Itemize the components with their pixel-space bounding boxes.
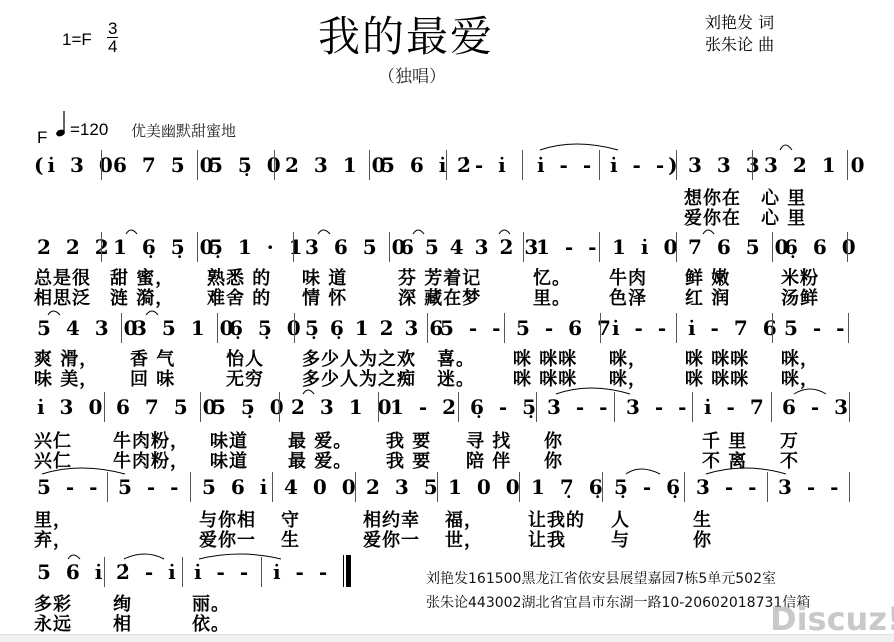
lyric: 难舍 的 xyxy=(207,288,271,309)
lyric: 咪， xyxy=(781,369,819,390)
lyric: 熟悉 的 xyxy=(207,268,271,289)
lyric: 寻 找 xyxy=(466,431,511,452)
barline xyxy=(847,232,848,262)
barline xyxy=(197,150,198,180)
lyric: 与你相 xyxy=(199,510,256,531)
lyric: 多少人为之欢 xyxy=(302,349,416,370)
score-row-4: i̇ 3 0 6 7 5 0 5 5̣ 0 2 3 1 0 1 - 2 6̣ -… xyxy=(0,392,894,422)
measure: 6̣ - 5̣ xyxy=(470,392,540,422)
measure: 3 5 1 0 xyxy=(133,313,238,343)
lyric: 里。 xyxy=(533,288,571,309)
measure: i̇ - - xyxy=(194,557,252,587)
barline xyxy=(104,392,105,422)
measure: 3 6 5 0 xyxy=(305,232,410,262)
lyric: 咪 咪咪 xyxy=(513,349,577,370)
lyric: 无穷 xyxy=(226,369,264,390)
lyric: 汤鲜 xyxy=(781,288,819,309)
measure: 1 - - xyxy=(536,232,600,262)
time-signature-numerator: 3 xyxy=(107,20,118,38)
lyric: 里， xyxy=(34,510,72,531)
barline xyxy=(378,392,379,422)
lyric: 味道 xyxy=(210,431,248,452)
lyric: 咪， xyxy=(609,369,647,390)
barline xyxy=(536,392,537,422)
barline xyxy=(504,313,505,343)
lyric: 与 xyxy=(611,530,630,551)
lyric: 让我 xyxy=(528,530,566,551)
measure: 3 - - xyxy=(696,472,760,502)
measure: 1 i̇ 0 xyxy=(612,232,681,262)
barline xyxy=(101,150,102,180)
final-barline-thin xyxy=(343,555,344,587)
measure: (i̇ 3 0 xyxy=(34,150,117,180)
barline xyxy=(600,313,601,343)
lyric: 咪 咪咪 xyxy=(513,369,577,390)
measure: 5 6 i̇ xyxy=(37,557,106,587)
barline xyxy=(752,150,753,180)
measure: 2 3 5 xyxy=(366,472,442,502)
lyric: 你 xyxy=(693,530,712,551)
measure: 2 3 1 0 xyxy=(291,392,396,422)
lyric: 相约幸 xyxy=(363,510,420,531)
barline xyxy=(101,232,102,262)
bottom-strip xyxy=(0,634,894,642)
lyric: 喜。 xyxy=(437,349,475,370)
measure: 6 7 5 0 xyxy=(113,150,218,180)
lyric: 依。 xyxy=(192,614,230,635)
measure: i̇ - - xyxy=(537,150,595,180)
barline xyxy=(676,232,677,262)
measure: 3 - - xyxy=(778,472,842,502)
lyric: 深 藏在梦 xyxy=(398,288,481,309)
barline xyxy=(772,313,773,343)
lyric: 守 xyxy=(281,510,300,531)
lyric: 牛肉粉， xyxy=(113,431,189,452)
lyric: 牛肉粉， xyxy=(113,451,189,472)
lyric: 人 xyxy=(611,510,630,531)
lyric: 多彩 xyxy=(34,594,72,615)
measure: 6 5 4 3 2 3 xyxy=(400,232,540,262)
lyric: 最 爱。 xyxy=(288,451,352,472)
lyric: 心 里 xyxy=(761,208,806,229)
credits: 刘艳发 词 张朱论 曲 xyxy=(705,12,774,56)
barline xyxy=(437,472,438,502)
barline xyxy=(523,232,524,262)
measure: i̇ - 7 xyxy=(704,392,768,422)
score-row-1: (i̇ 3 0 6 7 5 0 5 5̣ 0 2 3 1 0 5 6 i̇ 2̇… xyxy=(0,150,894,180)
barline xyxy=(446,150,447,180)
barline xyxy=(274,150,275,180)
lyric: 忆。 xyxy=(533,268,571,289)
lyricist-address: 刘艳发161500黑龙江省依安县展望嘉园7栋5单元502室 xyxy=(426,568,776,588)
lyric: 相思泛 xyxy=(34,288,91,309)
lyric: 回 味 xyxy=(130,369,175,390)
barline xyxy=(847,150,848,180)
measure: 2̇- i̇ xyxy=(457,150,510,180)
measure: 2̇ - i̇ xyxy=(116,557,180,587)
score-row-3: 5 4 3 0 3 5 1 0 6̣ 5̣ 0 5̣ 6̣ 1 2 3 6 5 … xyxy=(0,313,894,343)
barline xyxy=(684,472,685,502)
lyric: 爱你在 xyxy=(684,208,741,229)
barline xyxy=(849,392,850,422)
measure: 6 - 3 xyxy=(782,392,852,422)
discuz-watermark: Discuz! xyxy=(770,600,894,638)
barline xyxy=(107,472,108,502)
measure: 5 6 i̇ xyxy=(202,472,271,502)
barline xyxy=(848,313,849,343)
measure: 1 0 0 xyxy=(448,472,524,502)
lyric: 想你在 xyxy=(684,188,741,209)
lyric: 绚 xyxy=(113,594,132,615)
barline xyxy=(294,313,295,343)
song-title: 我的最爱 xyxy=(318,4,494,64)
measure: 6 7 5 0 xyxy=(116,392,221,422)
measure: 5 - - xyxy=(37,472,101,502)
lyric: 不 xyxy=(780,451,799,472)
lyric: 你 xyxy=(544,451,563,472)
barline xyxy=(217,313,218,343)
time-signature: 3 4 xyxy=(107,20,118,55)
measure: 5̣ 1 · 1 xyxy=(209,232,307,262)
measure: 5 - - xyxy=(784,313,848,343)
barline xyxy=(121,313,122,343)
lyric: 让我的 xyxy=(528,510,585,531)
lyric: 迷。 xyxy=(437,369,475,390)
measure: 5 4 3 0 xyxy=(37,313,142,343)
score-row-2: 2 2 2 1 6̣ 5̣ 0 5̣ 1 · 1 3 6 5 0 6 5 4 3… xyxy=(0,232,894,262)
composer-credit: 张朱论 曲 xyxy=(705,34,774,56)
lyric: 香 气 xyxy=(130,349,175,370)
barline xyxy=(104,557,105,587)
tempo-marking: =120 xyxy=(70,120,108,140)
lyric: 陪 伴 xyxy=(466,451,511,472)
lyric: 生 xyxy=(281,530,300,551)
lyric: 鲜 嫩 xyxy=(685,268,730,289)
lyric: 福， xyxy=(445,510,483,531)
barline xyxy=(190,472,191,502)
key-signature: 1=F xyxy=(62,30,92,50)
measure: 5 5̣ 0 xyxy=(212,392,288,422)
lyric: 千 里 xyxy=(702,431,747,452)
measure: i̇ - -) xyxy=(610,150,682,180)
lyric: 芬 芳着记 xyxy=(398,268,481,289)
measure: i̇ - - xyxy=(612,313,670,343)
lyric: 咪， xyxy=(609,349,647,370)
measure: i̇ - 7 6 xyxy=(688,313,781,343)
lyric: 米粉 xyxy=(781,268,819,289)
barline xyxy=(676,150,677,180)
measure: 5̣ 6̣ 1 2 3 6 xyxy=(305,313,445,343)
barline xyxy=(182,557,183,587)
barline xyxy=(355,472,356,502)
lyric: 甜 蜜， xyxy=(110,268,174,289)
lyric: 总是很 xyxy=(34,268,91,289)
barline xyxy=(602,472,603,502)
barline xyxy=(389,232,390,262)
lyric: 最 爱。 xyxy=(288,431,352,452)
measure: 1 7̣ 6̣ xyxy=(531,472,607,502)
barline xyxy=(261,557,262,587)
composer-address: 张朱论443002湖北省宜昌市东湖一路10-20602018731信箱 xyxy=(426,592,810,612)
lyric: 丽。 xyxy=(192,594,230,615)
lyric: 爱你一 xyxy=(199,530,256,551)
measure: 1 6̣ 5̣ 0 xyxy=(113,232,218,262)
lyric: 弃， xyxy=(34,530,72,551)
lyric: 相 xyxy=(113,614,132,635)
lyric: 不 离 xyxy=(702,451,747,472)
lyric: 多少人为之痴 xyxy=(302,369,416,390)
barline xyxy=(427,313,428,343)
quarter-note-icon xyxy=(55,110,67,138)
expression-marking: 优美幽默甜蜜地 xyxy=(131,120,236,141)
lyric: 咪， xyxy=(781,349,819,370)
score-row-5: 5 - - 5 - - 5 6 i̇ 4 0 0 2 3 5 1 0 0 1 7… xyxy=(0,472,894,502)
lyric: 涟 漪， xyxy=(110,288,174,309)
barline xyxy=(599,150,600,180)
barline xyxy=(519,472,520,502)
barline xyxy=(771,392,772,422)
lyric: 兴仁 xyxy=(34,431,72,452)
lyric: 你 xyxy=(544,431,563,452)
lyric: 味 美， xyxy=(34,369,98,390)
lyric: 兴仁 xyxy=(34,451,72,472)
measure: 1 - 2 xyxy=(390,392,460,422)
measure: 5̣ - 6̣ xyxy=(614,472,684,502)
time-signature-denominator: 4 xyxy=(107,38,118,55)
lyric: 怡人 xyxy=(226,349,264,370)
barline xyxy=(293,232,294,262)
lyric: 生 xyxy=(693,510,712,531)
lyric: 心 里 xyxy=(761,188,806,209)
barline xyxy=(522,150,523,180)
barline xyxy=(200,392,201,422)
measure: 2 3 1 0 xyxy=(285,150,390,180)
lyric: 世， xyxy=(445,530,483,551)
song-subtitle: （独唱） xyxy=(378,62,446,87)
lyric: 情 怀 xyxy=(302,288,347,309)
lyric: 我 要 xyxy=(386,451,431,472)
measure: 3 - - xyxy=(626,392,690,422)
barline xyxy=(614,392,615,422)
final-barline-thick xyxy=(346,555,351,587)
measure: 3 2 1 0 xyxy=(764,150,869,180)
barline xyxy=(767,472,768,502)
barline xyxy=(279,392,280,422)
lyric: 爽 滑， xyxy=(34,349,98,370)
lyric: 万 xyxy=(780,431,799,452)
measure: 5 6 i̇ xyxy=(381,150,450,180)
measure: i̇ - - xyxy=(273,557,331,587)
measure: 3 - - xyxy=(547,392,611,422)
tempo-prefix: F xyxy=(37,128,47,148)
lyric: 色泽 xyxy=(609,288,647,309)
lyric: 味 道 xyxy=(302,268,347,289)
barline xyxy=(849,472,850,502)
lyric: 永远 xyxy=(34,614,72,635)
barline xyxy=(197,232,198,262)
lyric: 红 润 xyxy=(685,288,730,309)
measure: 7 6 5 0 xyxy=(688,232,793,262)
measure: 6̣ 6 0 xyxy=(784,232,860,262)
barline xyxy=(676,313,677,343)
lyric: 我 要 xyxy=(386,431,431,452)
lyric: 咪 咪咪 xyxy=(685,349,749,370)
measure: i̇ 3 0 xyxy=(37,392,106,422)
barline xyxy=(772,232,773,262)
lyricist-credit: 刘艳发 词 xyxy=(705,12,774,34)
lyric: 味道 xyxy=(210,451,248,472)
barline xyxy=(369,150,370,180)
lyric: 爱你一 xyxy=(363,530,420,551)
lyric: 咪 咪咪 xyxy=(685,369,749,390)
measure: 5 - - xyxy=(118,472,182,502)
measure: 4 0 0 xyxy=(284,472,360,502)
lyric: 牛肉 xyxy=(609,268,647,289)
barline xyxy=(692,392,693,422)
measure: 5 - - xyxy=(440,313,504,343)
barline xyxy=(272,472,273,502)
barline xyxy=(599,232,600,262)
barline xyxy=(458,392,459,422)
